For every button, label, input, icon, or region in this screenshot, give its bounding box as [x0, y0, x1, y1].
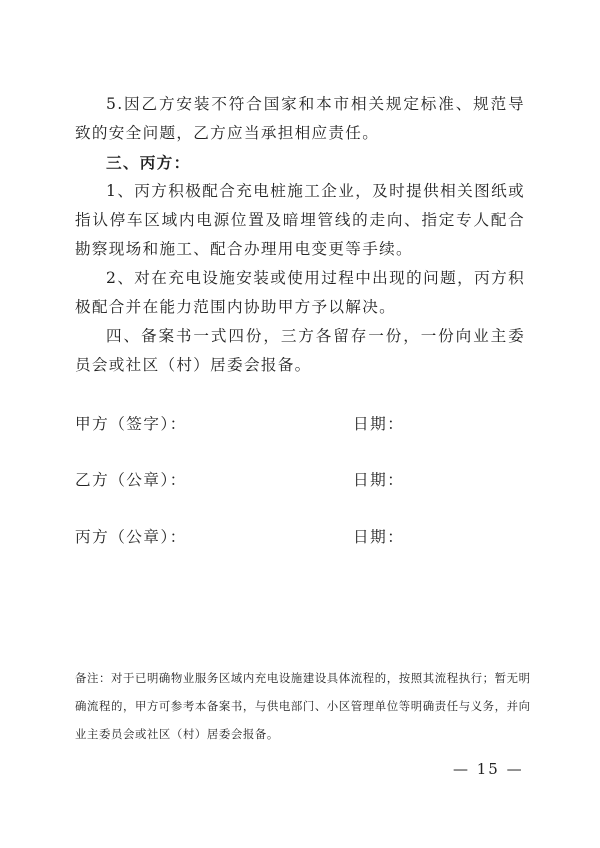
section-four-copies: 四、备案书一式四份，三方各留存一份，一份向业主委员会或社区（村）居委会报备。: [75, 322, 525, 380]
body-text: 5.因乙方安装不符合国家和本市相关规定标准、规范导致的安全问题，乙方应当承担相应…: [75, 90, 525, 380]
party-a-date-label: 日期：: [353, 412, 404, 434]
party-b-seal-label: 乙方（公章）：: [75, 468, 187, 490]
party-a-signature-label: 甲方（签字）：: [75, 412, 187, 434]
party-c-clause-2: 2、对在充电设施安装或使用过程中出现的问题，丙方积极配合并在能力范围内协助甲方予…: [75, 264, 525, 322]
section-heading-party-c: 三、丙方：: [75, 148, 525, 177]
footnote-remark: 备注：对于已明确物业服务区域内充电设施建设具体流程的，按照其流程执行；暂无明确流…: [75, 664, 535, 748]
party-b-date-label: 日期：: [353, 468, 404, 490]
party-c-date-label: 日期：: [353, 525, 404, 547]
page-number: — 15 —: [453, 760, 524, 778]
clause-5-safety-liability: 5.因乙方安装不符合国家和本市相关规定标准、规范导致的安全问题，乙方应当承担相应…: [75, 90, 525, 148]
party-c-seal-label: 丙方（公章）：: [75, 525, 187, 547]
party-c-clause-1: 1、丙方积极配合充电桩施工企业，及时提供相关图纸或指认停车区域内电源位置及暗埋管…: [75, 177, 525, 264]
document-page: 5.因乙方安装不符合国家和本市相关规定标准、规范导致的安全问题，乙方应当承担相应…: [0, 0, 600, 848]
